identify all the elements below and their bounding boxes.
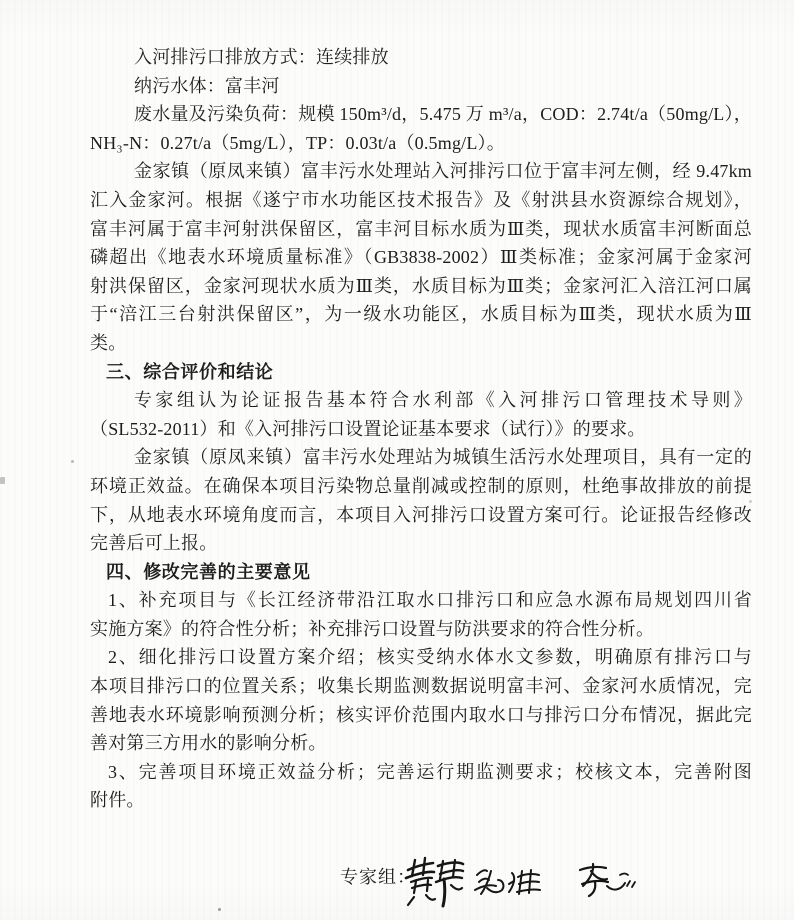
text-line: 金家镇（原凤来镇）富丰污水处理站入河排污口位于富丰河左侧，经 9.47km <box>90 157 752 186</box>
text-line: 三、综合评价和结论 <box>90 358 752 387</box>
text-line: 废水量及污染负荷：规模 150m³/d，5.475 万 m³/a，COD：2.7… <box>90 100 752 129</box>
text-line: 金家镇（原凤来镇）富丰污水处理站为城镇生活污水处理项目，具有一定的 <box>90 443 752 472</box>
text-line: 四、修改完善的主要意见 <box>90 558 752 587</box>
scan-speck <box>0 477 5 484</box>
text-line: 完善后可上报。 <box>90 529 752 558</box>
text-line: NH₃-N：0.27t/a（5mg/L），TP：0.03t/a（0.5mg/L）… <box>90 129 752 158</box>
signature-row: 专家组： <box>340 852 760 912</box>
text-line: 环境正效益。在确保本项目污染物总量削减或控制的原则，杜绝事故排放的前提 <box>90 472 752 501</box>
text-line: 入河排污口排放方式：连续排放 <box>90 43 752 72</box>
text-line: 附件。 <box>90 786 752 815</box>
scan-speck <box>218 908 221 911</box>
signature-handwriting-2 <box>472 865 542 899</box>
text-line: 射洪保留区，金家河现状水质为Ⅲ类，水质目标为Ⅲ类；金家河汇入涪江河口属 <box>90 272 752 301</box>
text-line: 3、完善项目环境正效益分析；完善运行期监测要求；校核文本，完善附图 <box>90 758 752 787</box>
text-line: 善地表水环境影响预测分析；核实评价范围内取水口与排污口分布情况，据此完 <box>90 701 752 730</box>
text-line: 专家组认为论证报告基本符合水利部《入河排污口管理技术导则》 <box>90 386 752 415</box>
scanned-document-page: { "page": { "background_color": "#fcfcfa… <box>0 0 794 920</box>
text-line: 2、细化排污口设置方案介绍；核实受纳水体水文参数，明确原有排污口与 <box>90 643 752 672</box>
text-line: 下，从地表水环境角度而言，本项目入河排污口设置方案可行。论证报告经修改 <box>90 501 752 530</box>
text-line: （SL532-2011）和《入河排污口设置论证基本要求（试行）》的要求。 <box>90 415 752 444</box>
signature-handwriting-3 <box>576 861 636 899</box>
text-line: 汇入金家河。根据《遂宁市水功能区技术报告》及《射洪县水资源综合规划》， <box>90 186 752 215</box>
signature-handwriting-1 <box>404 855 466 909</box>
text-line: 1、补充项目与《长江经济带沿江取水口排污口和应急水源布局规划四川省 <box>90 586 752 615</box>
text-line: 纳污水体：富丰河 <box>90 72 752 101</box>
text-line: 富丰河属于富丰河射洪保留区，富丰河目标水质为Ⅲ类，现状水质富丰河断面总 <box>90 215 752 244</box>
text-line: 实施方案》的符合性分析；补充排污口设置与防洪要求的符合性分析。 <box>90 615 752 644</box>
document-lines: 入河排污口排放方式：连续排放纳污水体：富丰河废水量及污染负荷：规模 150m³/… <box>90 43 752 815</box>
scan-speck <box>71 460 74 463</box>
document-body: 入河排污口排放方式：连续排放纳污水体：富丰河废水量及污染负荷：规模 150m³/… <box>90 43 752 815</box>
scan-speck <box>749 500 752 503</box>
text-line: 于“涪江三台射洪保留区”，为一级水功能区，水质目标为Ⅲ类，现状水质为Ⅲ <box>90 300 752 329</box>
text-line: 善对第三方用水的影响分析。 <box>90 729 752 758</box>
text-line: 本项目排污口的位置关系；收集长期监测数据说明富丰河、金家河水质情况，完 <box>90 672 752 701</box>
text-line: 类。 <box>90 329 752 358</box>
text-line: 磷超出《地表水环境质量标准》（GB3838-2002）Ⅲ类标准；金家河属于金家河 <box>90 243 752 272</box>
